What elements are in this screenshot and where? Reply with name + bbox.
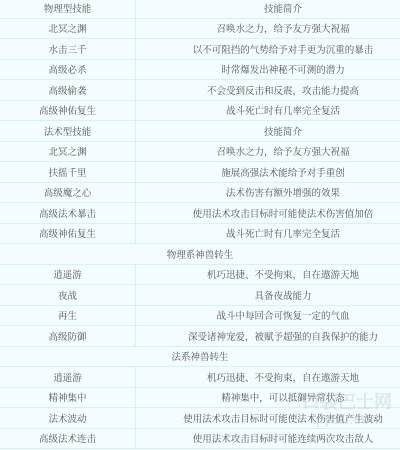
section-title-row: 法系神兽转生 [0, 346, 400, 367]
skills-table: 物理型技能 技能简介 北冥之渊 召唤水之力，给予友方强大祝福 水击三千 以不可阻… [0, 0, 400, 449]
section-header-row: 物理型技能 技能简介 [0, 0, 400, 18]
section-title: 物理系神兽转生 [0, 244, 400, 265]
table-row: 高级偷袭 不会受到反击和反震，攻击能力提高 [0, 80, 400, 101]
header-skill-desc: 技能简介 [136, 0, 400, 18]
table-row: 北冥之渊 召唤水之力，给予友方强大祝福 [0, 18, 400, 39]
skill-desc: 机巧迅捷、不受拘束，自在遨游天地 [136, 367, 400, 388]
skill-desc: 机巧迅捷、不受拘束，自在遨游天地 [136, 264, 400, 285]
skill-name: 高级神佑复生 [0, 100, 136, 121]
skill-desc: 使用法术攻击目标时可能连续两次攻击敌人 [136, 428, 400, 449]
skill-name: 高级神佑复生 [0, 223, 136, 244]
header-skill-name: 物理型技能 [0, 0, 136, 18]
skill-desc: 战斗死亡时有几率完全复活 [136, 100, 400, 121]
table-row: 扶摇千里 施展高强法术能给予对手重创 [0, 162, 400, 183]
skill-desc: 使用法术攻击目标时可能使法术伤害值产生波动 [136, 408, 400, 429]
skill-desc: 精神集中，可以抵御异常状态 [136, 387, 400, 408]
table-row: 高级神佑复生 战斗死亡时有几率完全复活 [0, 100, 400, 121]
table-row: 水击三千 以不可阻挡的气势给予对手更为沉重的暴击 [0, 39, 400, 60]
header-skill-name: 法术型技能 [0, 121, 136, 142]
skill-desc: 时常爆发出神秘不可测的潜力 [136, 59, 400, 80]
skill-name: 北冥之渊 [0, 141, 136, 162]
skill-name: 逍遥游 [0, 367, 136, 388]
skill-name: 法术波动 [0, 408, 136, 429]
skill-desc: 战斗中每回合可恢复一定的气血 [136, 305, 400, 326]
table-row: 高级魔之心 法术伤害有额外增强的效果 [0, 182, 400, 203]
skill-desc: 召唤水之力，给予友方强大祝福 [136, 18, 400, 39]
skill-name: 水击三千 [0, 39, 136, 60]
skill-name: 高级法术连击 [0, 428, 136, 449]
table-row: 高级法术连击 使用法术攻击目标时可能连续两次攻击敌人 [0, 428, 400, 449]
table-row: 高级防御 深受诸神宠爱，被赋予超强的自我保护的能力 [0, 326, 400, 347]
skill-name: 高级偷袭 [0, 80, 136, 101]
skill-name: 逍遥游 [0, 264, 136, 285]
skill-name: 高级魔之心 [0, 182, 136, 203]
skill-desc: 使用法术攻击目标时可能使法术伤害值加倍 [136, 203, 400, 224]
skill-name: 夜战 [0, 285, 136, 306]
skill-desc: 不会受到反击和反震，攻击能力提高 [136, 80, 400, 101]
table-row: 高级神佑复生 战斗死亡时有几率完全复活 [0, 223, 400, 244]
skill-name: 高级必杀 [0, 59, 136, 80]
skill-desc: 具备夜战能力 [136, 285, 400, 306]
skill-name: 再生 [0, 305, 136, 326]
skill-name: 精神集中 [0, 387, 136, 408]
skill-desc: 召唤水之力，给予友方强大祝福 [136, 141, 400, 162]
skill-name: 高级法术暴击 [0, 203, 136, 224]
skill-desc: 战斗死亡时有几率完全复活 [136, 223, 400, 244]
skill-desc: 深受诸神宠爱，被赋予超强的自我保护的能力 [136, 326, 400, 347]
section-title-row: 物理系神兽转生 [0, 244, 400, 265]
skill-name: 北冥之渊 [0, 18, 136, 39]
table-row: 逍遥游 机巧迅捷、不受拘束，自在遨游天地 [0, 367, 400, 388]
skill-desc: 以不可阻挡的气势给予对手更为沉重的暴击 [136, 39, 400, 60]
skill-desc: 施展高强法术能给予对手重创 [136, 162, 400, 183]
skill-name: 扶摇千里 [0, 162, 136, 183]
table-row: 再生 战斗中每回合可恢复一定的气血 [0, 305, 400, 326]
table-row: 精神集中 精神集中，可以抵御异常状态 [0, 387, 400, 408]
table-row: 夜战 具备夜战能力 [0, 285, 400, 306]
table-row: 法术波动 使用法术攻击目标时可能使法术伤害值产生波动 [0, 408, 400, 429]
table-row: 北冥之渊 召唤水之力，给予友方强大祝福 [0, 141, 400, 162]
skill-name: 高级防御 [0, 326, 136, 347]
header-skill-desc: 技能简介 [136, 121, 400, 142]
table-row: 高级必杀 时常爆发出神秘不可测的潜力 [0, 59, 400, 80]
table-row: 高级法术暴击 使用法术攻击目标时可能使法术伤害值加倍 [0, 203, 400, 224]
skill-desc: 法术伤害有额外增强的效果 [136, 182, 400, 203]
section-title: 法系神兽转生 [0, 346, 400, 367]
section-header-row: 法术型技能 技能简介 [0, 121, 400, 142]
table-row: 逍遥游 机巧迅捷、不受拘束，自在遨游天地 [0, 264, 400, 285]
